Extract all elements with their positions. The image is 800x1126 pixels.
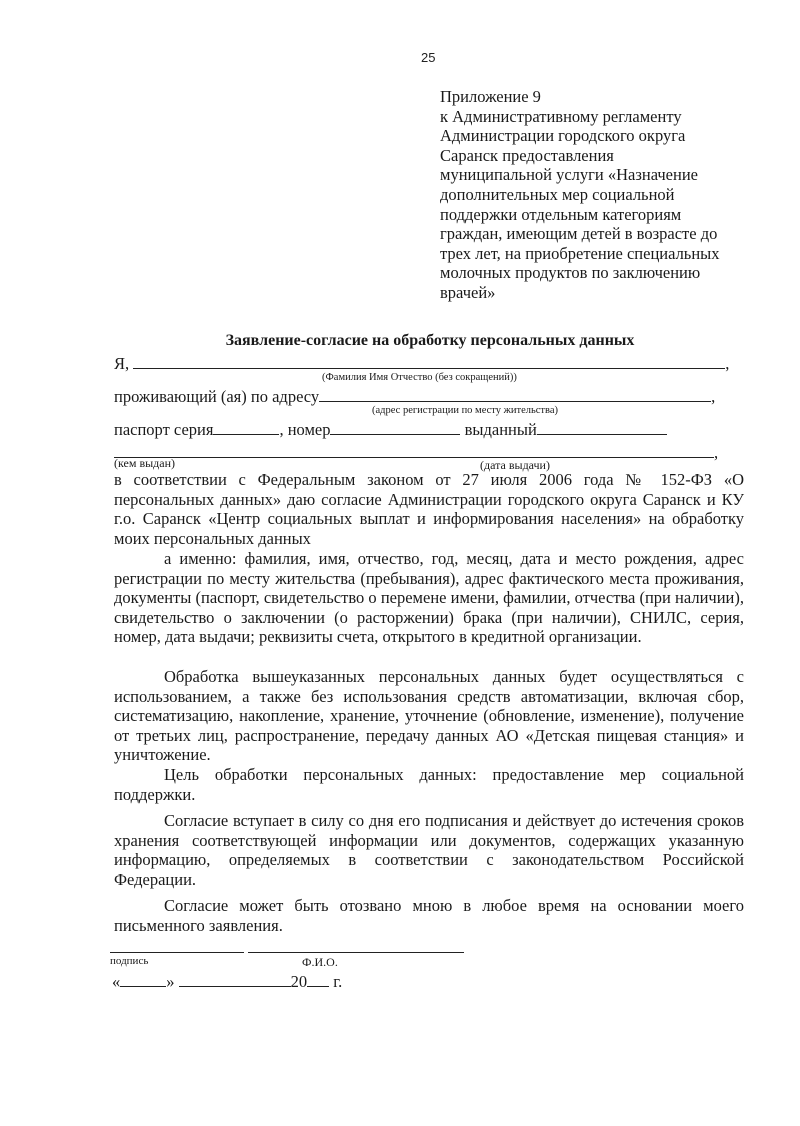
comma: , [711,387,715,406]
appendix-line: поддержки отдельным категориям [440,205,760,225]
paragraph-law: в соответствии с Федеральным законом от … [114,470,744,548]
issued-by-row: , [114,441,718,463]
address-caption: (адрес регистрации по месту жительства) [372,405,558,416]
passport-series-field[interactable] [213,418,279,435]
passport-row: паспорт серия, номер выданный [114,418,667,440]
paragraph-validity: Согласие вступает в силу со дня его подп… [114,811,744,889]
year-prefix: 20 [291,972,308,991]
paragraph-processing: Обработка вышеуказанных персональных дан… [114,667,744,765]
appendix-line: к Административному регламенту [440,107,760,127]
appendix-line: молочных продуктов по заключению [440,263,760,283]
close-quote: » [166,972,174,991]
address-field[interactable] [319,385,711,402]
appendix-line: врачей» [440,283,760,303]
appendix-line: Приложение 9 [440,87,760,107]
address-row: проживающий (ая) по адресу, [114,385,715,407]
fio-row: Я, , [114,352,729,374]
year-suffix: г. [333,972,342,991]
year-field[interactable] [307,970,329,987]
comma: , [714,443,718,462]
signature-caption: подпись [110,955,148,967]
paragraph-purpose: Цель обработки персональных данных: пред… [114,765,744,804]
appendix-line: граждан, имеющим детей в возрасте до [440,224,760,244]
day-field[interactable] [120,970,166,987]
signature-field[interactable] [110,952,244,953]
open-quote: « [112,972,120,991]
appendix-line: Саранск предоставления [440,146,760,166]
date-row: «» 20 г. [112,970,342,992]
paragraph-data-list: а именно: фамилия, имя, отчество, год, м… [114,549,744,647]
document-title: Заявление-согласие на обработку персонал… [0,332,800,350]
signature-fio-caption: Ф.И.О. [302,955,338,970]
appendix-line: муниципальной услуги «Назначение [440,165,760,185]
appendix-line: дополнительных мер социальной [440,185,760,205]
fio-caption: (Фамилия Имя Отчество (без сокращений)) [322,372,517,383]
appendix-block: Приложение 9 к Административному регламе… [440,87,760,303]
paragraph-revocation: Согласие может быть отозвано мною в любо… [114,896,744,935]
page-number: 25 [421,50,435,65]
signature-fio-field[interactable] [248,952,464,953]
month-field[interactable] [179,970,291,987]
issued-label: выданный [465,420,537,439]
fio-field[interactable] [133,352,725,369]
comma: , [725,354,729,373]
passport-series-label: паспорт серия [114,420,213,439]
issued-by-field[interactable] [114,441,714,458]
issue-date-field[interactable] [537,418,667,435]
number-label: , номер [279,420,330,439]
appendix-line: Администрации городского округа [440,126,760,146]
issued-by-caption: (кем выдан) [114,456,175,471]
i-label: Я, [114,354,129,373]
address-label: проживающий (ая) по адресу [114,387,319,406]
appendix-line: трех лет, на приобретение специальных [440,244,760,264]
passport-number-field[interactable] [330,418,460,435]
